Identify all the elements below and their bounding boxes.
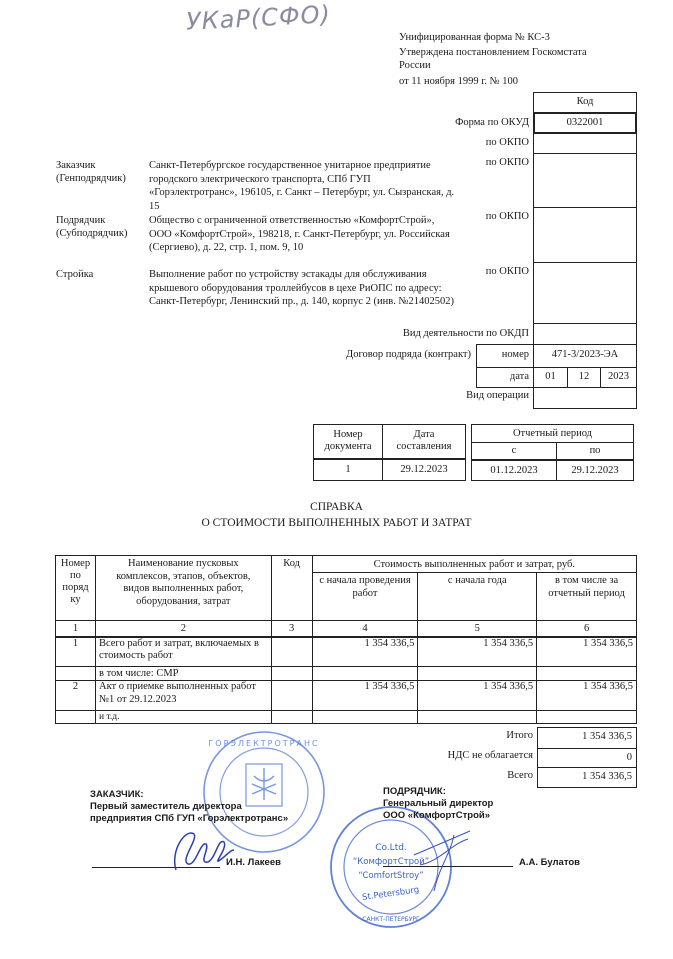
row-name: Акт о приемке выполненных работ №1 от 29… xyxy=(95,681,271,711)
contract-label: Договор подряда (контракт) xyxy=(346,349,471,360)
vat-cell: 0 xyxy=(537,748,637,768)
form-header-line2: Утверждена постановлением Госкомстата xyxy=(399,46,587,59)
row-from-start: 1 354 336,5 xyxy=(312,681,418,711)
row-from-year xyxy=(418,667,537,681)
handwritten-note: УКаР(СФО) xyxy=(185,0,331,36)
form-header-line4: от 11 ноября 1999 г. № 100 xyxy=(399,75,518,88)
document-table: Номер документа Дата составления 1 29.12… xyxy=(313,424,466,481)
svg-text:САНКТ-ПЕТЕРБУРГ: САНКТ-ПЕТЕРБУРГ xyxy=(362,916,420,923)
row-code xyxy=(271,711,312,724)
table-row: и т.д. xyxy=(56,711,637,724)
contractor-role-sub: (Субподрядчик) xyxy=(56,227,128,240)
contract-month: 12 xyxy=(568,371,600,382)
contractor-okpo-label: по ОКПО xyxy=(486,211,529,222)
form-header-line3: России xyxy=(399,59,431,72)
svg-text:ГОРЭЛЕКТРОТРАНС: ГОРЭЛЕКТРОТРАНС xyxy=(208,739,319,748)
contractor-signature-icon xyxy=(410,825,480,895)
customer-role-sub: (Генподрядчик) xyxy=(56,172,126,185)
doc-number-header: Номер документа xyxy=(314,425,383,459)
contract-date-label-cell: дата xyxy=(476,367,534,388)
col-number: 5 xyxy=(418,621,537,637)
row-num xyxy=(56,667,96,681)
site-okpo-cell xyxy=(533,262,637,324)
code-header: Код xyxy=(534,96,636,107)
row-from-year: 1 354 336,5 xyxy=(418,681,537,711)
contractor-details: Общество с ограниченной ответственностью… xyxy=(149,214,459,255)
row-from-year: 1 354 336,5 xyxy=(418,637,537,667)
contractor-position1: Генеральный директор xyxy=(383,798,493,810)
grand-total-label: Всего xyxy=(507,770,533,781)
site-role-label: Стройка xyxy=(56,268,93,281)
contract-year-cell: 2023 xyxy=(600,367,637,388)
doc-number-value: 1 xyxy=(314,459,383,481)
header-name: Наименование пусковых комплексов, этапов… xyxy=(95,556,271,621)
row-code xyxy=(271,681,312,711)
header-cost-group: Стоимость выполненных работ и затрат, ру… xyxy=(312,556,636,573)
grand-total-cell: 1 354 336,5 xyxy=(537,767,637,788)
vat-label: НДС не облагается xyxy=(448,750,533,761)
row-from-start: 1 354 336,5 xyxy=(312,637,418,667)
form-header-line1: Унифицированная форма № КС-3 xyxy=(399,31,550,44)
customer-position1: Первый заместитель директора xyxy=(90,801,242,813)
row-period xyxy=(537,667,637,681)
contract-number-label-cell: номер xyxy=(476,344,534,368)
contractor-role: Подрядчик (Субподрядчик) xyxy=(56,214,128,240)
contractor-okpo-cell xyxy=(533,207,637,263)
col-number: 4 xyxy=(312,621,418,637)
contractor-signer-name: А.А. Булатов xyxy=(519,857,580,869)
site-details: Выполнение работ по устройству эстакады … xyxy=(149,268,459,309)
code-header-cell: Код xyxy=(533,92,637,113)
contract-number-label: номер xyxy=(502,349,529,360)
contractor-position2: ООО «КомфортСтрой» xyxy=(383,810,490,822)
contract-number-value: 471-3/2023-ЭА xyxy=(534,349,636,360)
row-period: 1 354 336,5 xyxy=(537,681,637,711)
row-from-start xyxy=(312,711,418,724)
row-from-start xyxy=(312,667,418,681)
okud-label: Форма по ОКУД xyxy=(455,117,529,128)
contract-day-cell: 01 xyxy=(533,367,568,388)
doc-date-value: 29.12.2023 xyxy=(383,459,466,481)
table-row: 1 Всего работ и затрат, включаемых в сто… xyxy=(56,637,637,667)
period-to-value: 29.12.2023 xyxy=(557,460,634,481)
contract-date-label: дата xyxy=(510,371,529,382)
period-header: Отчетный период xyxy=(472,425,634,443)
contract-year: 2023 xyxy=(601,371,636,382)
total-cell: 1 354 336,5 xyxy=(537,727,637,749)
customer-role-label: Заказчик xyxy=(56,159,126,172)
table-row: 2 Акт о приемке выполненных работ №1 от … xyxy=(56,681,637,711)
row-name: в том числе: СМР xyxy=(95,667,271,681)
table-row: в том числе: СМР xyxy=(56,667,637,681)
svg-text:Co.Ltd.: Co.Ltd. xyxy=(375,843,407,853)
header-from-start: с начала проведения работ xyxy=(312,573,418,621)
period-to-label: по xyxy=(557,443,634,460)
row-code xyxy=(271,667,312,681)
contractor-role-label: Подрядчик xyxy=(56,214,128,227)
operation-label: Вид операции xyxy=(466,390,529,401)
customer-okpo-label: по ОКПО xyxy=(486,157,529,168)
okud-value: 0322001 xyxy=(535,117,635,128)
col-number: 1 xyxy=(56,621,96,637)
header-from-year: с начала года xyxy=(418,573,537,621)
row-name: и т.д. xyxy=(95,711,271,724)
operation-cell xyxy=(533,387,637,409)
okpo-cell xyxy=(533,133,637,154)
column-number-row: 1 2 3 4 5 6 xyxy=(56,621,637,637)
contract-month-cell: 12 xyxy=(567,367,601,388)
okpo-label: по ОКПО xyxy=(486,137,529,148)
header-code: Код xyxy=(271,556,312,621)
col-number: 2 xyxy=(95,621,271,637)
row-num xyxy=(56,711,96,724)
customer-okpo-cell xyxy=(533,153,637,208)
period-table: Отчетный период с по 01.12.2023 29.12.20… xyxy=(471,424,634,481)
header-period: в том числе за отчетный период xyxy=(537,573,637,621)
main-table: Номер по поряд ку Наименование пусковых … xyxy=(55,555,637,724)
total-label: Итого xyxy=(506,730,533,741)
contractor-heading: ПОДРЯДЧИК: xyxy=(383,786,446,798)
grand-total-value: 1 354 336,5 xyxy=(582,771,632,782)
row-num: 1 xyxy=(56,637,96,667)
okdp-cell xyxy=(533,323,637,345)
row-code xyxy=(271,637,312,667)
period-from-value: 01.12.2023 xyxy=(472,460,557,481)
customer-role: Заказчик (Генподрядчик) xyxy=(56,159,126,185)
doc-date-header: Дата составления xyxy=(383,425,466,459)
contract-day: 01 xyxy=(534,371,567,382)
okud-cell: 0322001 xyxy=(533,112,637,134)
document-subtitle: О СТОИМОСТИ ВЫПОЛНЕННЫХ РАБОТ И ЗАТРАТ xyxy=(0,517,673,529)
row-num: 2 xyxy=(56,681,96,711)
row-from-year xyxy=(418,711,537,724)
total-value: 1 354 336,5 xyxy=(582,731,632,742)
header-num: Номер по поряд ку xyxy=(56,556,96,621)
site-okpo-label: по ОКПО xyxy=(486,266,529,277)
okdp-label: Вид деятельности по ОКДП xyxy=(403,328,529,339)
customer-signer-name: И.Н. Лакеев xyxy=(226,857,281,869)
customer-details: Санкт-Петербургское государственное унит… xyxy=(149,159,459,213)
period-from-label: с xyxy=(472,443,557,460)
row-period xyxy=(537,711,637,724)
site-role: Стройка xyxy=(56,268,93,281)
col-number: 3 xyxy=(271,621,312,637)
contract-number-cell: 471-3/2023-ЭА xyxy=(533,344,637,368)
customer-heading: ЗАКАЗЧИК: xyxy=(90,789,144,801)
row-period: 1 354 336,5 xyxy=(537,637,637,667)
row-name: Всего работ и затрат, включаемых в стоим… xyxy=(95,637,271,667)
col-number: 6 xyxy=(537,621,637,637)
vat-value: 0 xyxy=(627,752,632,763)
document-title: СПРАВКА xyxy=(0,501,673,513)
